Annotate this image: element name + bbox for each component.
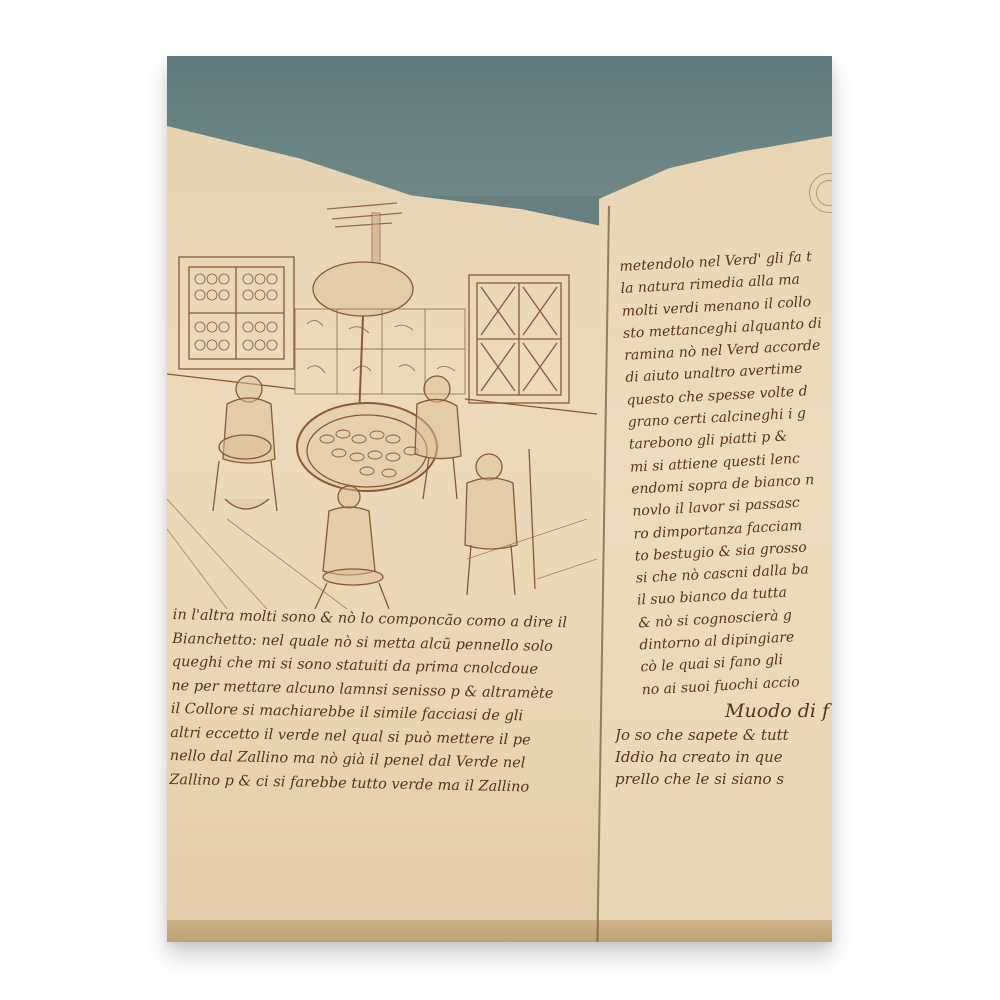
text-line: Jo so che sapete & tutt [615, 724, 832, 746]
workshop-illustration [167, 199, 597, 609]
section-heading: Muodo di f [615, 700, 832, 722]
text-line: prello che le si siano s [615, 768, 832, 790]
left-page-text: in l'altra molti sono & nò lo componcão … [169, 604, 609, 801]
boy-at-wheel [415, 376, 461, 499]
right-page-section: Muodo di f Jo so che sapete & tutt Iddio… [615, 696, 832, 790]
right-page-text: metendolo nel Verd' gli fa t la natura r… [619, 245, 832, 701]
manuscript-poster: in l'altra molti sono & nò lo componcão … [167, 56, 832, 942]
hanging-board [313, 262, 413, 316]
window-right [469, 275, 569, 403]
page-edge [599, 920, 832, 942]
text-line: Iddio ha creato in que [615, 746, 832, 768]
window-left [179, 257, 294, 369]
page-edge [167, 920, 611, 942]
craftsman-center-back [315, 486, 389, 609]
craftsman-left [213, 376, 277, 511]
old-man-right [465, 449, 535, 595]
